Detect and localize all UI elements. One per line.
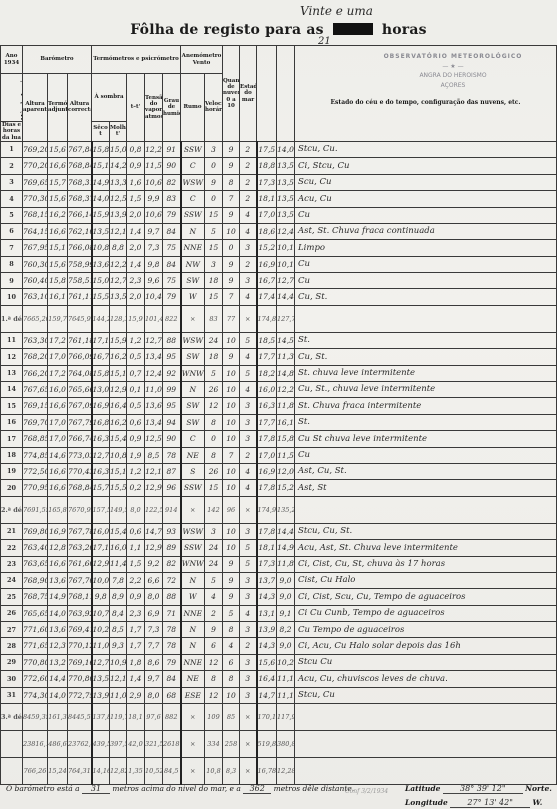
cell-tens: 10,6 [145, 174, 163, 190]
cell-nuv: 5 [223, 605, 240, 621]
table-row: 4770,3015,6768,3714,012,51,59,983C07218,… [1, 191, 557, 207]
day-cell: 17 [1, 431, 23, 447]
cell-observations: St. chuva leve intermitente [295, 365, 557, 381]
cell-mar: 3 [240, 572, 257, 588]
header-nuvens: Quantidade de nuvens 0 a 10 [223, 46, 240, 142]
cell-rumo: NE [181, 671, 205, 687]
cell-seco: 12,7 [92, 654, 110, 670]
cell-mar: 4 [240, 480, 257, 496]
cell-diff: 42,0 [127, 731, 145, 758]
cell-alt_cor: 767,09 [68, 398, 92, 414]
cell-tens: 12,9 [145, 480, 163, 496]
cell-seco: 16,3 [92, 431, 110, 447]
cell-hum: 87 [163, 463, 181, 479]
day-cell: 19 [1, 463, 23, 479]
cell-mar: 3 [240, 273, 257, 289]
total-row: 23816,10486,623762,47439,5397,542,0321,5… [1, 731, 557, 758]
cell-max: 15,6 [257, 654, 277, 670]
cell-max: 16,4 [257, 671, 277, 687]
barometer-height: 31 [82, 784, 110, 794]
cell-alt_ap: 23816,10 [23, 731, 48, 758]
cell-alt_cor: 766,74 [68, 431, 92, 447]
cell-molh: 10,9 [110, 654, 127, 670]
cell-term: 17,0 [48, 349, 68, 365]
barometer-note: O barómetro está a 31 metros acima do ni… [6, 784, 354, 794]
table-row: 11763,3017,2761,1817,115,91,212,788WSW24… [1, 332, 557, 348]
cell-diff: 0,8 [127, 141, 145, 157]
cell-alt_cor: 772,75 [68, 687, 92, 703]
cell-tens: 101,4 [145, 305, 163, 332]
table-row: 22763,4012,8763,2017,116,01,112,989SSW24… [1, 540, 557, 556]
cell-seco: 144,2 [92, 305, 110, 332]
cell-max: 17,8 [257, 480, 277, 496]
cell-hum: 79 [163, 654, 181, 670]
cell-rumo: WNW [181, 556, 205, 572]
cell-seco: 13,6 [92, 256, 110, 272]
cell-alt_cor: 768,84 [68, 480, 92, 496]
cell-alt_ap: 767,95 [23, 240, 48, 256]
header-mes: Mês de Janeiro [1, 74, 23, 122]
cell-mar: 2 [240, 447, 257, 463]
cell-max: 16,9 [257, 256, 277, 272]
cell-min: 9,0 [277, 638, 295, 654]
cell-nuv: 258 [223, 731, 240, 758]
cell-alt_ap: 7691,55 [23, 496, 48, 523]
cell-max: 16,9 [257, 463, 277, 479]
cell-nuv: 10 [223, 382, 240, 398]
cell-min: 14,5 [277, 332, 295, 348]
cell-mar: 4 [240, 207, 257, 223]
cell-rumo: WNW [181, 365, 205, 381]
cell-molh: 11,4 [110, 556, 127, 572]
cell-nuv: 7 [223, 289, 240, 305]
cell-vel: 83 [205, 305, 223, 332]
cell-molh: 15,4 [110, 431, 127, 447]
cell-term: 16,6 [48, 556, 68, 572]
cell-diff: 0,6 [127, 414, 145, 430]
cell-min: 14,8 [277, 365, 295, 381]
cell-mar: 4 [240, 382, 257, 398]
cell-nuv: 10 [223, 523, 240, 539]
cell-hum: 88 [163, 332, 181, 348]
cell-vel: 18 [205, 349, 223, 365]
cell-max: 14,7 [257, 687, 277, 703]
cell-nuv: 10 [223, 414, 240, 430]
day-cell: 1.ª década [1, 305, 23, 332]
cell-observations: Stcu, Cu [295, 687, 557, 703]
latitude: Latitude 38° 39' 12" Norte. [405, 784, 552, 794]
cell-alt_ap: 771,60 [23, 622, 48, 638]
day-cell: 11 [1, 332, 23, 348]
cell-rumo: N [181, 223, 205, 239]
cell-max: 17,7 [257, 414, 277, 430]
cell-alt_ap: 769,65 [23, 174, 48, 190]
cell-term: 15,1 [48, 240, 68, 256]
cell-alt_ap: 774,85 [23, 447, 48, 463]
cell-tens: 9,7 [145, 671, 163, 687]
cell-vel: 334 [205, 731, 223, 758]
cell-molh: 15,0 [110, 141, 127, 157]
cell-rumo: NNE [181, 240, 205, 256]
cell-min: 15,2 [277, 480, 295, 496]
cell-alt_cor: 761,18 [68, 332, 92, 348]
cell-max: 18,6 [257, 223, 277, 239]
cell-alt_ap: 763,40 [23, 540, 48, 556]
cell-vel: 12 [205, 398, 223, 414]
cell-diff: 0,5 [127, 398, 145, 414]
table-row: 10763,1016,1761,1115,513,52,010,479W1574… [1, 289, 557, 305]
cell-rumo: × [181, 305, 205, 332]
cell-alt_cor: 769,16 [68, 654, 92, 670]
cell-seco: 17,1 [92, 332, 110, 348]
cell-diff: 2,2 [127, 572, 145, 588]
cell-molh: 12,5 [110, 191, 127, 207]
cell-hum: 79 [163, 289, 181, 305]
cell-max: 15,2 [257, 240, 277, 256]
cell-molh: 128,3 [110, 305, 127, 332]
cell-max: 17,7 [257, 349, 277, 365]
day-cell: 16 [1, 414, 23, 430]
cell-rumo: NNE [181, 605, 205, 621]
header-molhado: Molhado t' [110, 122, 127, 142]
cell-seco: 14,9 [92, 174, 110, 190]
cell-max: 17,3 [257, 174, 277, 190]
cell-min: 12,2 [277, 382, 295, 398]
cell-diff: 0,9 [127, 158, 145, 174]
cell-nuv: 7 [223, 191, 240, 207]
cell-molh: 13,3 [110, 174, 127, 190]
register-table: Ano 1934 Barómetro Termómetros e psicróm… [0, 45, 557, 785]
cell-alt_ap: 772,60 [23, 671, 48, 687]
cell-mar: 2 [240, 141, 257, 157]
cell-hum: 95 [163, 398, 181, 414]
cell-rumo: C [181, 191, 205, 207]
cell-hum: 93 [163, 523, 181, 539]
cell-vel: 26 [205, 463, 223, 479]
cell-max: 174,9 [257, 496, 277, 523]
cell-observations: Stcu Cu [295, 654, 557, 670]
cell-alt_ap: 770,95 [23, 480, 48, 496]
cell-rumo: W [181, 589, 205, 605]
cell-term: 16,6 [48, 398, 68, 414]
redacted-box [333, 23, 373, 35]
cell-seco: 439,5 [92, 731, 110, 758]
cell-observations: Ast, St. Chuva fraca continuada [295, 223, 557, 239]
cell-max: 14,3 [257, 638, 277, 654]
cell-min: 11,1 [277, 671, 295, 687]
cell-molh: 12,7 [110, 273, 127, 289]
cell-hum: 88 [163, 589, 181, 605]
cell-nuv: 8 [223, 671, 240, 687]
cell-rumo: NW [181, 256, 205, 272]
cell-tens: 12,4 [145, 365, 163, 381]
cell-mar: 4 [240, 463, 257, 479]
cell-min: 9,1 [277, 605, 295, 621]
cell-vel: 2 [205, 605, 223, 621]
cell-alt_cor: 767,70 [68, 572, 92, 588]
cell-term: 13,6 [48, 622, 68, 638]
cell-seco: 17,1 [92, 540, 110, 556]
cell-tens: 11,0 [145, 382, 163, 398]
cell-rumo: N [181, 382, 205, 398]
cell-max: 13,7 [257, 572, 277, 588]
cell-diff: 1,4 [127, 223, 145, 239]
cell-hum: 92 [163, 365, 181, 381]
cell-alt_ap: 769,70 [23, 414, 48, 430]
cell-observations: St. [295, 332, 557, 348]
cell-seco: 15,8 [92, 365, 110, 381]
cell-tens: 97,6 [145, 704, 163, 731]
cell-alt_ap: 770,30 [23, 191, 48, 207]
confirmation-note: Conf 3/2/1934 [345, 788, 388, 796]
cell-alt_cor: 768,84 [68, 158, 92, 174]
table-row: 30772,6014,4770,8013,512,11,49,784NE8831… [1, 671, 557, 687]
cell-observations: Acu, Cu, chuviscos leves de chuva. [295, 671, 557, 687]
cell-hum: 75 [163, 240, 181, 256]
table-row: 26765,6514,0763,9210,78,42,36,971NNE2541… [1, 605, 557, 621]
day-cell: 5 [1, 207, 23, 223]
cell-vel: 26 [205, 382, 223, 398]
cell-diff: 1,4 [127, 671, 145, 687]
cell-rumo: C [181, 158, 205, 174]
cell-hum: 68 [163, 687, 181, 703]
cell-alt_ap: 768,85 [23, 431, 48, 447]
cell-mar: × [240, 305, 257, 332]
cell-alt_cor: 765,66 [68, 382, 92, 398]
table-row: 27771,6013,6769,4110,28,51,77,378N98313,… [1, 622, 557, 638]
longitude: Longitude 27° 13' 42" W. Lisboa [405, 798, 557, 809]
title-prefix: Fôlha de registo para as [130, 22, 323, 38]
cell-hum: 84 [163, 256, 181, 272]
cell-alt_cor: 770,43 [68, 463, 92, 479]
cell-alt_ap: 769,15 [23, 398, 48, 414]
cell-max: 13,9 [257, 622, 277, 638]
header-mar: Estado do mar [240, 46, 257, 142]
cell-diff: 0,1 [127, 382, 145, 398]
cell-observations: Limpo [295, 240, 557, 256]
cell-vel: 3 [205, 523, 223, 539]
header-altura-aparente: Altura aparente [23, 74, 48, 142]
table-row: 28771,6512,3770,1211,09,31,77,778N64214,… [1, 638, 557, 654]
cell-min: 13,5 [277, 207, 295, 223]
cell-seco: 16,8 [92, 414, 110, 430]
header-barometro: Barómetro [23, 46, 92, 74]
header-termometro-adjunto: Termómetro adjunto [48, 74, 68, 142]
cell-hum: 82 [163, 556, 181, 572]
cell-min: 13,5 [277, 158, 295, 174]
day-cell [1, 731, 23, 758]
cell-min: 11,5 [277, 447, 295, 463]
cell-alt_ap: 765,65 [23, 605, 48, 621]
cell-term: 16,6 [48, 223, 68, 239]
header-maxima: Máxima à sombra [257, 46, 277, 142]
cell-mar: 2 [240, 174, 257, 190]
cell-max: 18,2 [257, 365, 277, 381]
cell-tens: 14,7 [145, 523, 163, 539]
cell-hum: 90 [163, 158, 181, 174]
cell-observations: Ci, Cist, Cu, St, chuva às 17 horas [295, 556, 557, 572]
cell-min: 12,4 [277, 223, 295, 239]
cell-term: 12,3 [48, 638, 68, 654]
cell-rumo: C [181, 431, 205, 447]
cell-vel: 0 [205, 431, 223, 447]
cell-nuv: 85 [223, 704, 240, 731]
cell-rumo: N [181, 622, 205, 638]
cell-min: 11,3 [277, 349, 295, 365]
cell-nuv: 9 [223, 572, 240, 588]
cell-nuv: 10 [223, 223, 240, 239]
cell-alt_cor: 758,99 [68, 256, 92, 272]
cell-min: 12,0 [277, 463, 295, 479]
cell-vel: 6 [205, 638, 223, 654]
cell-min: 15,8 [277, 431, 295, 447]
cell-observations: Ast, St [295, 480, 557, 496]
table-row: 25768,7514,9768,119,88,90,98,088W49314,3… [1, 589, 557, 605]
cell-term: 486,6 [48, 731, 68, 758]
cell-max: 170,1 [257, 704, 277, 731]
cell-mar: 3 [240, 240, 257, 256]
cell-observations: Ci, Acu, Cu Halo solar depois das 16h [295, 638, 557, 654]
cell-mar: 3 [240, 431, 257, 447]
cell-nuv: 9 [223, 349, 240, 365]
cell-min: 127,7 [277, 305, 295, 332]
cell-observations: Cu Tempo de aguaceiros [295, 622, 557, 638]
cell-diff: 15,9 [127, 305, 145, 332]
cell-hum: 82 [163, 174, 181, 190]
cell-seco: 157,5 [92, 496, 110, 523]
cell-term: 14,0 [48, 605, 68, 621]
cell-diff: 1,4 [127, 256, 145, 272]
cell-term: 16,1 [48, 289, 68, 305]
cell-alt_cor: 769,41 [68, 622, 92, 638]
cell-alt_ap: 768,75 [23, 589, 48, 605]
cell-diff: 0,5 [127, 349, 145, 365]
table-row: 6764,1516,6762,1013,512,11,49,784N510418… [1, 223, 557, 239]
header-altura-correcta: Altura correcta [68, 74, 92, 142]
cell-hum: 78 [163, 638, 181, 654]
cell-molh: 149,5 [110, 496, 127, 523]
day-cell: 26 [1, 605, 23, 621]
cell-diff: 0,9 [127, 431, 145, 447]
cell-seco: 12,9 [92, 556, 110, 572]
cell-alt_cor: 8445,55 [68, 704, 92, 731]
header-a-sombra: À sombra [92, 74, 127, 122]
cell-min: 12,7 [277, 273, 295, 289]
cell-hum: 78 [163, 622, 181, 638]
cell-tens: 11,5 [145, 158, 163, 174]
cell-alt_ap: 7665,20 [23, 305, 48, 332]
table-row: 31774,3014,0772,7513,911,02,98,068ESE121… [1, 687, 557, 703]
cell-molh: 16,2 [110, 414, 127, 430]
cell-mar: × [240, 731, 257, 758]
cell-alt_ap: 763,30 [23, 332, 48, 348]
cell-diff: 18,1 [127, 704, 145, 731]
cell-mar: 3 [240, 671, 257, 687]
cell-seco: 15,8 [92, 141, 110, 157]
cell-min: 8,2 [277, 622, 295, 638]
cell-tens: 9,2 [145, 556, 163, 572]
cell-mar: × [240, 496, 257, 523]
cell-vel: 12 [205, 687, 223, 703]
cell-observations: Scu, Cu [295, 174, 557, 190]
day-cell: 1 [1, 141, 23, 157]
cell-rumo: SSW [181, 540, 205, 556]
cell-mar: 2 [240, 158, 257, 174]
cell-molh: 12,1 [110, 671, 127, 687]
cell-vel: 24 [205, 540, 223, 556]
footer: O barómetro está a 31 metros acima do ni… [0, 760, 557, 809]
cell-rumo: SW [181, 398, 205, 414]
day-cell: 9 [1, 273, 23, 289]
cell-tens: 8,0 [145, 687, 163, 703]
cell-min: 14,4 [277, 289, 295, 305]
cell-vel: 4 [205, 589, 223, 605]
day-cell: 25 [1, 589, 23, 605]
cell-tens: 12,5 [145, 431, 163, 447]
cell-diff: 0,6 [127, 523, 145, 539]
cell-mar: 5 [240, 365, 257, 381]
cell-tens: 7,7 [145, 638, 163, 654]
cell-seco: 10,7 [92, 605, 110, 621]
cell-rumo: S [181, 463, 205, 479]
cell-molh: 397,5 [110, 731, 127, 758]
day-cell: 29 [1, 654, 23, 670]
cell-seco: 12,7 [92, 447, 110, 463]
header-termometros: Termómetros e psicrómetro [92, 46, 181, 74]
cell-min: 9,0 [277, 589, 295, 605]
cell-molh: 15,1 [110, 365, 127, 381]
cell-nuv: 10 [223, 398, 240, 414]
cell-tens: 9,9 [145, 191, 163, 207]
cell-observations: Cist, Cu Halo [295, 572, 557, 588]
cell-nuv: 9 [223, 589, 240, 605]
cell-min: 10,1 [277, 240, 295, 256]
cell-term: 16,6 [48, 463, 68, 479]
day-cell: 18 [1, 447, 23, 463]
cell-alt_ap: 768,90 [23, 572, 48, 588]
cell-vel: 5 [205, 223, 223, 239]
cell-mar: 2 [240, 638, 257, 654]
cell-molh: 12,2 [110, 256, 127, 272]
day-cell: 10 [1, 289, 23, 305]
cell-nuv: 8 [223, 622, 240, 638]
cell-mar: 4 [240, 605, 257, 621]
cell-diff: 0,9 [127, 589, 145, 605]
table-row: 5768,1516,2766,1415,913,92,010,679SSW159… [1, 207, 557, 223]
cell-term: 159,7 [48, 305, 68, 332]
cell-vel: 15 [205, 207, 223, 223]
cell-hum: 95 [163, 349, 181, 365]
cell-nuv: 10 [223, 687, 240, 703]
cell-tens: 12,1 [145, 463, 163, 479]
cell-molh: 15,9 [110, 332, 127, 348]
cell-min: 13,5 [277, 174, 295, 190]
cell-alt_ap: 769,80 [23, 523, 48, 539]
cell-tens: 10,4 [145, 289, 163, 305]
cell-mar: 3 [240, 687, 257, 703]
cell-diff: 2,0 [127, 207, 145, 223]
cell-mar: 3 [240, 622, 257, 638]
table-row: 14767,6516,0765,6613,012,90,111,099N2610… [1, 382, 557, 398]
cell-observations [295, 731, 557, 758]
cell-hum: 78 [163, 447, 181, 463]
cell-rumo: N [181, 572, 205, 588]
cell-nuv: 9 [223, 256, 240, 272]
header-diff: t–t' [127, 74, 145, 142]
cell-tens: 13,4 [145, 414, 163, 430]
cell-tens: 8,5 [145, 447, 163, 463]
table-row: 21769,8016,9767,7816,015,40,614,793WSW31… [1, 523, 557, 539]
